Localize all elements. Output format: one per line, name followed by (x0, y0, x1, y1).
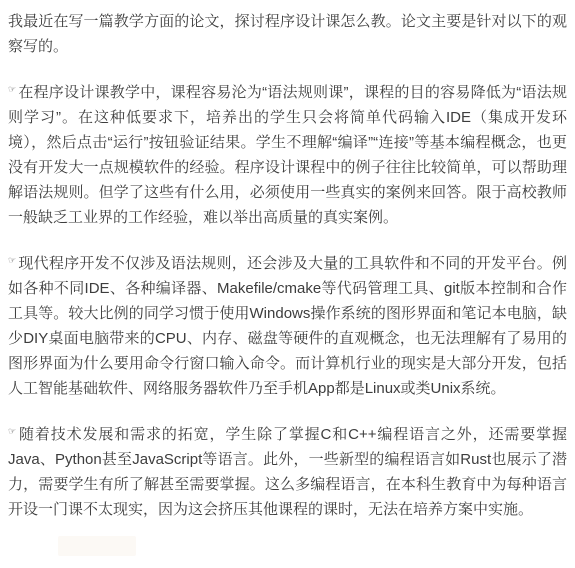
paragraph-text: 现代程序开发不仅涉及语法规则，还会涉及大量的工具软件和不同的开发平台。例如各种不… (8, 255, 567, 397)
pointing-hand-icon: ☞ (8, 255, 16, 265)
faint-highlight (58, 536, 136, 556)
paragraph: ☞现代程序开发不仅涉及语法规则，还会涉及大量的工具软件和不同的开发平台。例如各种… (8, 248, 567, 401)
pointing-hand-icon: ☞ (8, 426, 16, 436)
paragraph: ☞在程序设计课教学中，课程容易沦为“语法规则课”，课程的目的容易降低为“语法规则… (8, 77, 567, 230)
document-body: 我最近在写一篇教学方面的论文，探讨程序设计课怎么教。论文主要是针对以下的观察写的… (0, 0, 575, 522)
pointing-hand-icon: ☞ (8, 84, 16, 94)
paragraph: ☞随着技术发展和需求的拓宽，学生除了掌握C和C++编程语言之外，还需要掌握Jav… (8, 419, 567, 522)
paragraph-text: 在程序设计课教学中，课程容易沦为“语法规则课”，课程的目的容易降低为“语法规则学… (8, 84, 567, 226)
paragraph-text: 随着技术发展和需求的拓宽，学生除了掌握C和C++编程语言之外，还需要掌握Java… (8, 426, 567, 518)
paragraph: 我最近在写一篇教学方面的论文，探讨程序设计课怎么教。论文主要是针对以下的观察写的… (8, 9, 567, 59)
paragraph-text: 我最近在写一篇教学方面的论文，探讨程序设计课怎么教。论文主要是针对以下的观察写的… (8, 13, 567, 55)
